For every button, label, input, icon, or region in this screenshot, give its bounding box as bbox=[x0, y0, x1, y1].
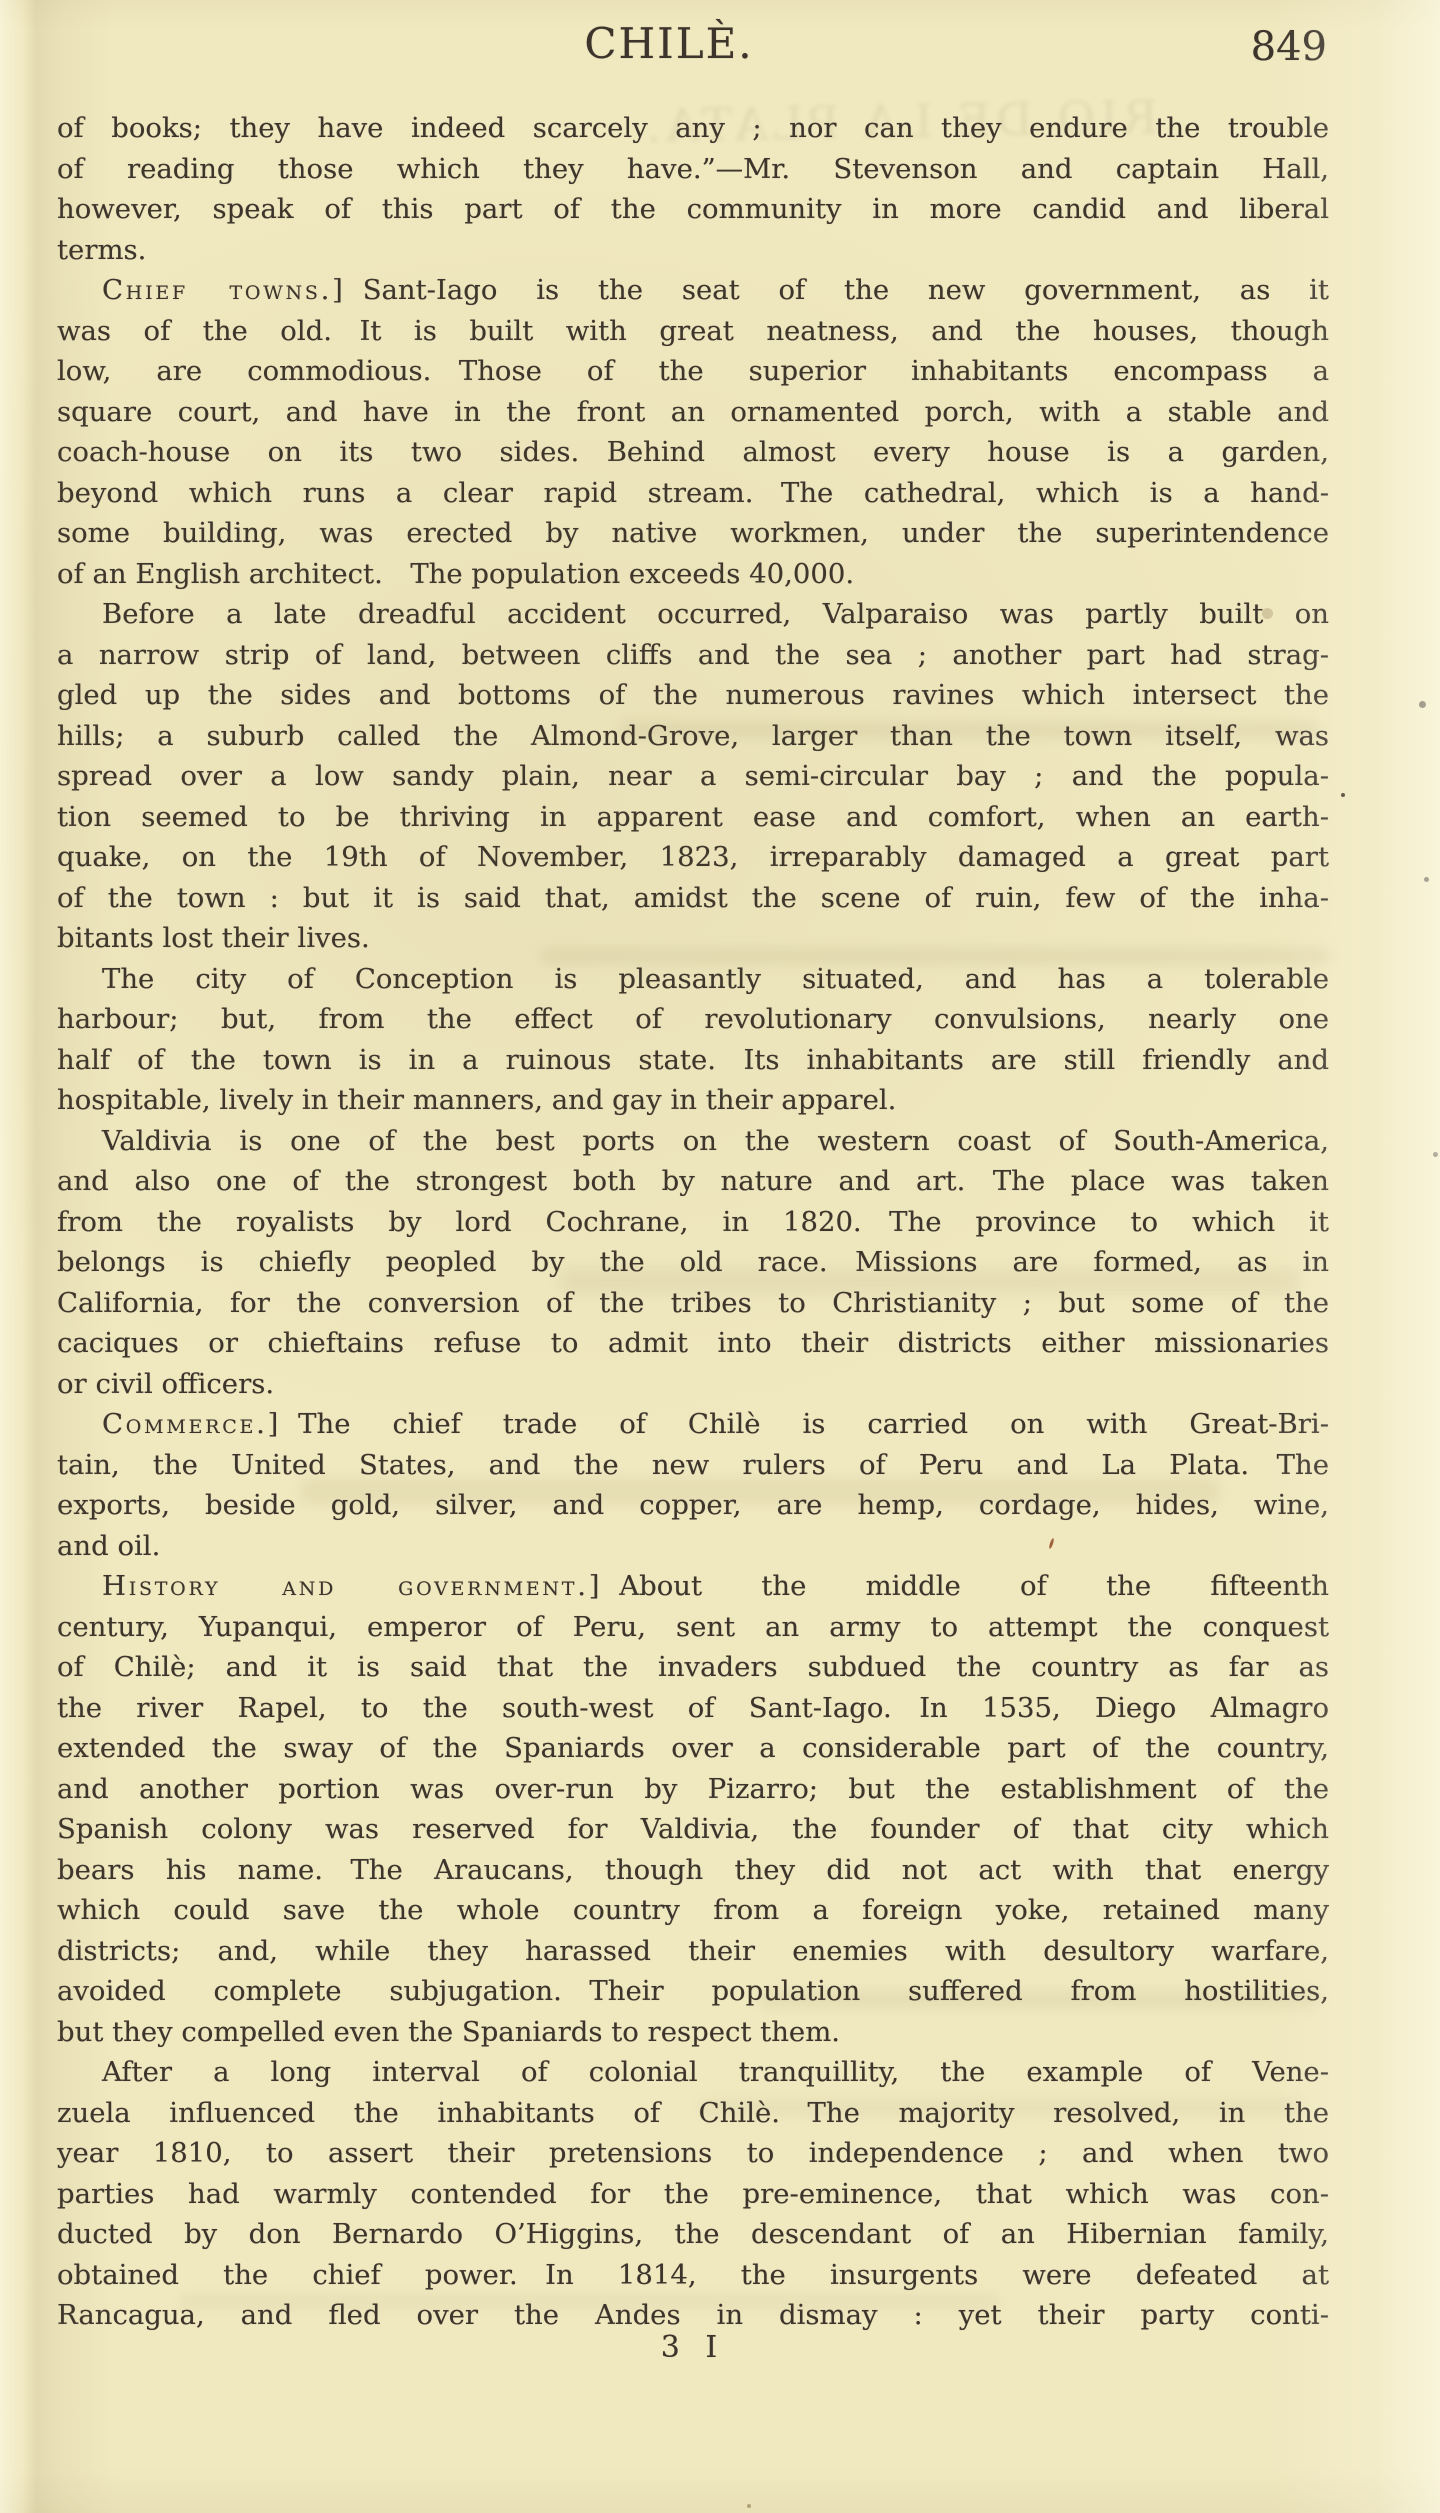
text-line: beyond which runs a clear rapid stream. … bbox=[57, 473, 1329, 514]
page-number: 849 bbox=[1251, 20, 1327, 74]
text-line: of an English architect. The population … bbox=[57, 554, 1329, 595]
text-line: obtained the chief power. In 1814, the i… bbox=[57, 2255, 1329, 2296]
text-line: a narrow strip of land, between cliffs a… bbox=[57, 635, 1329, 676]
text-line: and another portion was over-run by Piza… bbox=[57, 1769, 1329, 1810]
text-line: Before a late dreadful accident occurred… bbox=[57, 594, 1329, 635]
ink-speck bbox=[747, 2504, 751, 2508]
page-body: of books; they have indeed scarcely any … bbox=[57, 108, 1329, 2336]
ink-speck bbox=[1419, 701, 1426, 708]
ink-speck bbox=[1262, 608, 1273, 619]
text-line: zuela influenced the inhabitants of Chil… bbox=[57, 2093, 1329, 2134]
text-line: gled up the sides and bottoms of the num… bbox=[57, 675, 1329, 716]
text-line: century, Yupanqui, emperor of Peru, sent… bbox=[57, 1607, 1329, 1648]
text-line: History and government.]About the middle… bbox=[57, 1566, 1329, 1607]
page-header: CHILÈ. 849 bbox=[57, 14, 1329, 78]
text-line: Valdivia is one of the best ports on the… bbox=[57, 1121, 1329, 1162]
section-heading: Commerce.] bbox=[102, 1408, 281, 1440]
text-line: of Chilè; and it is said that the invade… bbox=[57, 1647, 1329, 1688]
text-line: year 1810, to assert their pretensions t… bbox=[57, 2133, 1329, 2174]
text-line: quake, on the 19th of November, 1823, ir… bbox=[57, 837, 1329, 878]
book-page: RIO DE LA PLATA. CHILÈ. 849 of books; th… bbox=[0, 0, 1440, 2513]
text-line: tain, the United States, and the new rul… bbox=[57, 1445, 1329, 1486]
text-line: was of the old. It is built with great n… bbox=[57, 311, 1329, 352]
running-title: CHILÈ. bbox=[33, 14, 1305, 74]
text-line: Commerce.]The chief trade of Chilè is ca… bbox=[57, 1404, 1329, 1445]
text-line: Chief towns.]Sant-Iago is the seat of th… bbox=[57, 270, 1329, 311]
text-line: extended the sway of the Spaniards over … bbox=[57, 1728, 1329, 1769]
text-line: bitants lost their lives. bbox=[57, 918, 1329, 959]
text-line: of reading those which they have.”—Mr. S… bbox=[57, 149, 1329, 190]
text-line: The city of Conception is pleasantly sit… bbox=[57, 959, 1329, 1000]
text-line: spread over a low sandy plain, near a se… bbox=[57, 756, 1329, 797]
text-line: caciques or chieftains refuse to admit i… bbox=[57, 1323, 1329, 1364]
text-line: which could save the whole country from … bbox=[57, 1890, 1329, 1931]
text-line: California, for the conversion of the tr… bbox=[57, 1283, 1329, 1324]
text-line: parties had warmly contended for the pre… bbox=[57, 2174, 1329, 2215]
text-line: square court, and have in the front an o… bbox=[57, 392, 1329, 433]
text-line: low, are commodious. Those of the superi… bbox=[57, 351, 1329, 392]
text-line: coach-house on its two sides. Behind alm… bbox=[57, 432, 1329, 473]
text-line: but they compelled even the Spaniards to… bbox=[57, 2012, 1329, 2053]
text-line: harbour; but, from the effect of revolut… bbox=[57, 999, 1329, 1040]
text-line: and oil. bbox=[57, 1526, 1329, 1567]
text-line: from the royalists by lord Cochrane, in … bbox=[57, 1202, 1329, 1243]
text-line: ducted by don Bernardo O’Higgins, the de… bbox=[57, 2214, 1329, 2255]
text-line: of books; they have indeed scarcely any … bbox=[57, 108, 1329, 149]
text-line: tion seemed to be thriving in apparent e… bbox=[57, 797, 1329, 838]
signature-mark: 3 I bbox=[57, 2330, 1329, 2365]
text-line: or civil officers. bbox=[57, 1364, 1329, 1405]
text-line: half of the town is in a ruinous state. … bbox=[57, 1040, 1329, 1081]
text-line: and also one of the strongest both by na… bbox=[57, 1161, 1329, 1202]
text-line: Spanish colony was reserved for Valdivia… bbox=[57, 1809, 1329, 1850]
text-line: some building, was erected by native wor… bbox=[57, 513, 1329, 554]
text-line: avoided complete subjugation. Their popu… bbox=[57, 1971, 1329, 2012]
text-line: the river Rapel, to the south-west of Sa… bbox=[57, 1688, 1329, 1729]
text-line: hospitable, lively in their manners, and… bbox=[57, 1080, 1329, 1121]
ink-speck bbox=[1341, 793, 1345, 797]
text-line: exports, beside gold, silver, and copper… bbox=[57, 1485, 1329, 1526]
ink-speck bbox=[1424, 877, 1429, 882]
text-line: After a long interval of colonial tranqu… bbox=[57, 2052, 1329, 2093]
text-line: districts; and, while they harassed thei… bbox=[57, 1931, 1329, 1972]
text-line: hills; a suburb called the Almond-Grove,… bbox=[57, 716, 1329, 757]
section-heading: History and government.] bbox=[102, 1570, 602, 1602]
text-line: terms. bbox=[57, 230, 1329, 271]
text-line: bears his name. The Araucans, though the… bbox=[57, 1850, 1329, 1891]
ink-speck bbox=[1433, 1152, 1438, 1157]
section-heading: Chief towns.] bbox=[102, 274, 346, 306]
text-line: however, speak of this part of the commu… bbox=[57, 189, 1329, 230]
text-line: of the town : but it is said that, amids… bbox=[57, 878, 1329, 919]
text-line: belongs is chiefly peopled by the old ra… bbox=[57, 1242, 1329, 1283]
